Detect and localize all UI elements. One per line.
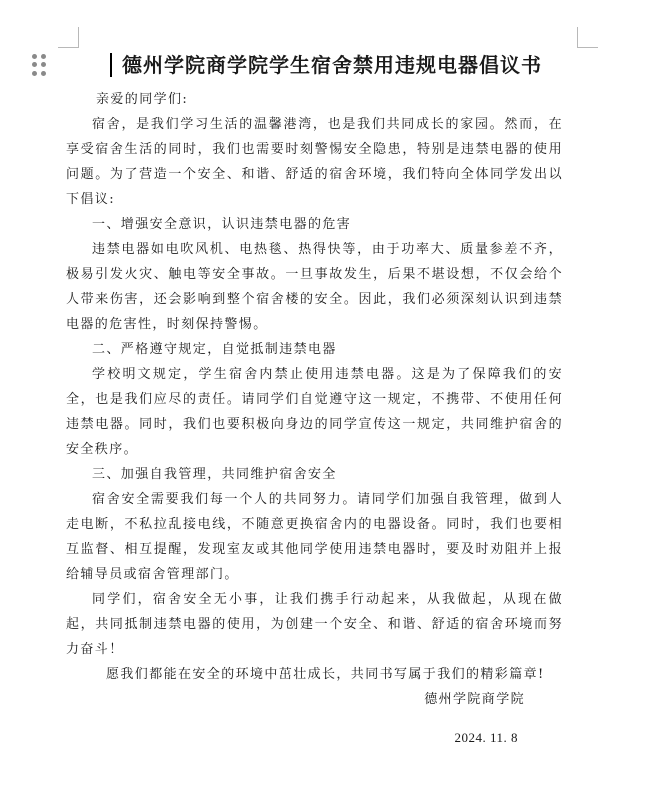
- section-body-2: 学校明文规定，学生宿舍内禁止使用违禁电器。这是为了保障我们的安全，也是我们应尽的…: [66, 362, 563, 462]
- grip-dots-icon[interactable]: [32, 54, 46, 76]
- section-body-1: 违禁电器如电吹风机、电热毯、热得快等，由于功率大、质量参差不齐，极易引发火灾、触…: [66, 237, 563, 337]
- intro-paragraph: 宿舍，是我们学习生活的温馨港湾，也是我们共同成长的家园。然而，在享受宿舍生活的同…: [66, 112, 563, 212]
- closing-paragraph: 同学们，宿舍安全无小事，让我们携手行动起来，从我做起，从现在做起，共同抵制违禁电…: [66, 587, 563, 662]
- text-cursor: [110, 53, 112, 77]
- grip-dot: [41, 54, 46, 59]
- grip-dot: [32, 54, 37, 59]
- document-title: 德州学院商学院学生宿舍禁用违规电器倡议书: [122, 53, 542, 77]
- section-heading-3: 三、加强自我管理，共同维护宿舍安全: [66, 462, 563, 487]
- section-heading-1: 一、增强安全意识，认识违禁电器的危害: [66, 212, 563, 237]
- document-page[interactable]: 德州学院商学院学生宿舍禁用违规电器倡议书 亲爱的同学们: 宿舍，是我们学习生活的…: [80, 48, 577, 763]
- document-body: 宿舍，是我们学习生活的温馨港湾，也是我们共同成长的家园。然而，在享受宿舍生活的同…: [66, 112, 563, 687]
- signature-organization: 德州学院商学院: [80, 687, 525, 712]
- wish-paragraph: 愿我们都能在安全的环境中茁壮成长，共同书写属于我们的精彩篇章!: [66, 662, 563, 687]
- page-corner-mark-top-left: [58, 27, 79, 48]
- page-corner-mark-top-right: [577, 27, 598, 48]
- signature-date: 2024. 11. 8: [80, 725, 518, 750]
- document-title-line[interactable]: 德州学院商学院学生宿舍禁用违规电器倡议书: [112, 48, 552, 82]
- section-body-3: 宿舍安全需要我们每一个人的共同努力。请同学们加强自我管理，做到人走电断，不私拉乱…: [66, 487, 563, 587]
- salutation: 亲爱的同学们:: [96, 87, 577, 112]
- section-heading-2: 二、严格遵守规定，自觉抵制违禁电器: [66, 337, 563, 362]
- grip-dot: [32, 62, 37, 67]
- grip-dot: [41, 71, 46, 76]
- grip-dot: [41, 62, 46, 67]
- grip-dot: [32, 71, 37, 76]
